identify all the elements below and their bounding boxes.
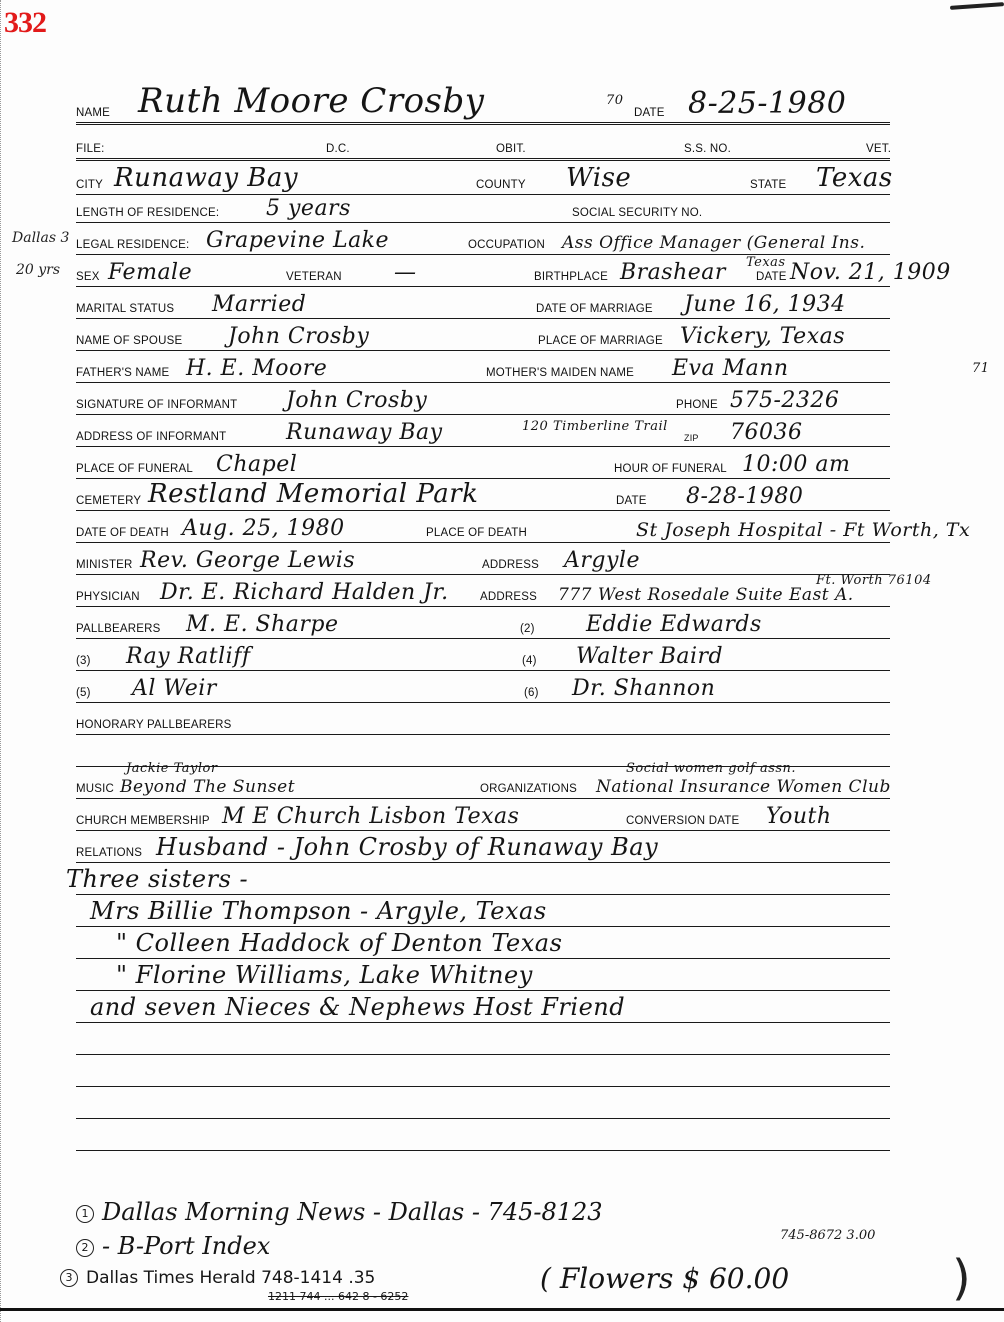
conversion-date-label: CONVERSION DATE <box>626 815 739 827</box>
vet-label: VET. <box>866 143 891 155</box>
date-of-marriage-label: DATE OF MARRIAGE <box>536 303 653 315</box>
closing-bracket: ) <box>952 1250 971 1306</box>
relations-row: RELATIONS Husband - John Crosby of Runaw… <box>76 830 890 863</box>
conversion-date-value: Youth <box>766 804 832 829</box>
state-value: Texas <box>816 163 893 193</box>
relations-line-6: and seven Nieces & Nephews Host Friend <box>90 993 625 1021</box>
relations-label: RELATIONS <box>76 847 142 859</box>
zip-value: 76036 <box>730 420 803 445</box>
pallbearer-3-num: (3) <box>76 655 91 667</box>
honorary-pallbearers-row: HONORARY PALLBEARERS <box>76 702 890 735</box>
obit-label: OBIT. <box>496 143 526 155</box>
death-row: DATE OF DEATH Aug. 25, 1980 PLACE OF DEA… <box>76 510 890 543</box>
place-of-funeral-label: PLACE OF FUNERAL <box>76 463 193 475</box>
pallbearers-row-1: PALLBEARERS M. E. Sharpe (2) Eddie Edwar… <box>76 606 890 639</box>
legal-residence-label: LEGAL RESIDENCE: <box>76 239 189 251</box>
pallbearer-4: Walter Baird <box>576 644 723 669</box>
fathers-name-label: FATHER'S NAME <box>76 367 169 379</box>
birthplace-label: BIRTHPLACE <box>534 271 608 283</box>
minister-address-label: ADDRESS <box>482 559 539 571</box>
relations-row: " Florine Williams, Lake Whitney <box>76 958 890 991</box>
veteran-value: — <box>394 260 417 285</box>
organizations-value: National Insurance Women Club <box>596 777 891 797</box>
signature-of-informant-label: SIGNATURE OF INFORMANT <box>76 399 237 411</box>
sex-value: Female <box>108 260 192 285</box>
phone-value: 575-2326 <box>730 388 839 413</box>
place-of-death-label: PLACE OF DEATH <box>426 527 527 539</box>
pallbearer-3: Ray Ratliff <box>126 644 251 669</box>
church-membership-value: M E Church Lisbon Texas <box>222 804 519 829</box>
relations-row: Mrs Billie Thompson - Argyle, Texas <box>76 894 890 927</box>
place-of-marriage-label: PLACE OF MARRIAGE <box>538 335 663 347</box>
music-label: MUSIC <box>76 783 114 795</box>
city-value: Runaway Bay <box>114 163 298 193</box>
signature-of-informant-value: John Crosby <box>286 388 427 413</box>
place-of-death-value: St Joseph Hospital - Ft Worth, Tx <box>636 519 970 541</box>
pallbearer-5: Al Weir <box>132 676 217 701</box>
birth-date-value: Nov. 21, 1909 <box>790 260 951 285</box>
pallbearer-2-num: (2) <box>520 623 535 635</box>
minister-label: MINISTER <box>76 559 133 571</box>
hour-of-funeral-label: HOUR OF FUNERAL <box>614 463 727 475</box>
footer-item-1: 1Dallas Morning News - Dallas - 745-8123 <box>76 1198 603 1226</box>
parents-row: FATHER'S NAME H. E. Moore MOTHER'S MAIDE… <box>76 350 890 383</box>
margin-note-years: 20 yrs <box>16 262 60 278</box>
relations-line-1: Husband - John Crosby of Runaway Bay <box>156 833 658 861</box>
occupation-value: Ass Office Manager (General Ins. <box>562 233 865 253</box>
honorary-pallbearers-label: HONORARY PALLBEARERS <box>76 719 231 731</box>
blank-line <box>76 1118 890 1151</box>
relations-line-2: Three sisters - <box>66 865 248 893</box>
zip-label: ZIP <box>684 433 699 443</box>
funeral-row: PLACE OF FUNERAL Chapel HOUR OF FUNERAL … <box>76 446 890 479</box>
birth-date-label: DATE <box>756 271 787 283</box>
informant-signature-row: SIGNATURE OF INFORMANT John Crosby PHONE… <box>76 382 890 415</box>
footer-item-1-alt-phone: 745-8672 3.00 <box>780 1228 875 1243</box>
informant-street-note: 120 Timberline Trail <box>522 419 668 434</box>
footer-item-3: 3Dallas Times Herald 748-1414 .35 <box>60 1268 375 1288</box>
physician-address-value: 777 West Rosedale Suite East A. <box>558 585 854 605</box>
pallbearer-6-num: (6) <box>524 687 539 699</box>
margin-note-dallas: Dallas 3 <box>12 230 69 246</box>
date-of-marriage-value: June 16, 1934 <box>684 292 846 317</box>
spouse-value: John Crosby <box>228 324 369 349</box>
circled-number-1: 1 <box>76 1205 94 1223</box>
relations-line-3: Mrs Billie Thompson - Argyle, Texas <box>90 897 547 925</box>
physician-value: Dr. E. Richard Halden Jr. <box>160 580 449 605</box>
sex-label: SEX <box>76 271 100 283</box>
pallbearer-4-num: (4) <box>522 655 537 667</box>
mother-margin-note: 71 <box>972 361 990 376</box>
cemetery-label: CEMETERY <box>76 495 141 507</box>
mothers-maiden-name-value: Eva Mann <box>672 356 789 381</box>
occupation-label: OCCUPATION <box>468 239 545 251</box>
pallbearers-row-2: (3) Ray Ratliff (4) Walter Baird <box>76 638 890 671</box>
length-of-residence-value: 5 years <box>266 196 351 221</box>
physician-address-label: ADDRESS <box>480 591 537 603</box>
birthplace-value: Brashear <box>620 260 726 285</box>
pallbearers-row-3: (5) Al Weir (6) Dr. Shannon <box>76 670 890 703</box>
cemetery-value: Restland Memorial Park <box>148 479 478 509</box>
date-of-death-value: Aug. 25, 1980 <box>182 516 345 541</box>
minister-address-value: Argyle <box>564 548 640 573</box>
footer-item-1-text: Dallas Morning News - Dallas - 745-8123 <box>102 1198 603 1226</box>
residence-length-row: LENGTH OF RESIDENCE: 5 years SOCIAL SECU… <box>76 190 890 223</box>
blank-line: Jackie Taylor Social women golf assn. <box>76 734 890 767</box>
physician-row: PHYSICIAN Dr. E. Richard Halden Jr. ADDR… <box>76 574 890 607</box>
place-of-marriage-value: Vickery, Texas <box>680 324 845 349</box>
hour-of-funeral-value: 10:00 am <box>742 452 850 477</box>
organizations-label: ORGANIZATIONS <box>480 783 577 795</box>
length-of-residence-label: LENGTH OF RESIDENCE: <box>76 207 219 219</box>
pallbearers-label: PALLBEARERS <box>76 623 160 635</box>
social-security-label: SOCIAL SECURITY NO. <box>572 207 702 219</box>
music-row: MUSIC Beyond The Sunset ORGANIZATIONS Na… <box>76 766 890 799</box>
music-value: Beyond The Sunset <box>120 777 295 797</box>
footer-item-3-text: Dallas Times Herald 748-1414 .35 <box>86 1268 375 1288</box>
footer-item-3-struck: 1211 744 ... 642 8 - 6252 <box>268 1290 408 1303</box>
phone-label: PHONE <box>676 399 718 411</box>
funeral-date-label: DATE <box>616 495 647 507</box>
file-row: FILE: D.C. OBIT. S.S. NO. VET. <box>76 126 890 161</box>
date-label: DATE <box>634 107 665 119</box>
marital-status-label: MARITAL STATUS <box>76 303 174 315</box>
date-value: 8-25-1980 <box>688 86 846 121</box>
legal-residence-value: Grapevine Lake <box>206 228 389 253</box>
footer-item-2-text: - B-Port Index <box>102 1232 270 1260</box>
blank-line <box>76 1022 890 1055</box>
relations-line-4: " Colleen Haddock of Denton Texas <box>116 929 562 957</box>
minister-value: Rev. George Lewis <box>140 548 355 573</box>
corner-mark <box>950 2 1004 10</box>
relations-row: Three sisters - <box>76 862 890 895</box>
scan-edge <box>0 0 4 1322</box>
church-row: CHURCH MEMBERSHIP M E Church Lisbon Texa… <box>76 798 890 831</box>
date-of-death-label: DATE OF DEATH <box>76 527 169 539</box>
marital-row: MARITAL STATUS Married DATE OF MARRIAGE … <box>76 286 890 319</box>
mothers-maiden-name-label: MOTHER'S MAIDEN NAME <box>486 367 634 379</box>
page-number: 332 <box>4 6 46 40</box>
fathers-name-value: H. E. Moore <box>186 356 327 381</box>
church-membership-label: CHURCH MEMBERSHIP <box>76 815 210 827</box>
blank-line <box>76 1086 890 1119</box>
address-of-informant-value: Runaway Bay <box>286 420 443 445</box>
funeral-date-value: 8-28-1980 <box>686 484 803 509</box>
dc-label: D.C. <box>326 143 350 155</box>
blank-line <box>76 1054 890 1087</box>
marital-status-value: Married <box>212 292 306 317</box>
footer-item-2: 2- B-Port Index <box>76 1232 270 1260</box>
circled-number-2: 2 <box>76 1239 94 1257</box>
circled-number-3: 3 <box>60 1269 78 1287</box>
name-row: NAME Ruth Moore Crosby 70 DATE 8-25-1980 <box>76 90 890 125</box>
relations-row: " Colleen Haddock of Denton Texas <box>76 926 890 959</box>
spouse-label: NAME OF SPOUSE <box>76 335 182 347</box>
physician-address-note: Ft. Worth 76104 <box>816 573 932 588</box>
pallbearer-1: M. E. Sharpe <box>186 612 339 637</box>
pallbearer-5-num: (5) <box>76 687 91 699</box>
informant-address-row: ADDRESS OF INFORMANT Runaway Bay 120 Tim… <box>76 414 890 447</box>
cemetery-row: CEMETERY Restland Memorial Park DATE 8-2… <box>76 478 890 511</box>
legal-residence-row: LEGAL RESIDENCE: Grapevine Lake OCCUPATI… <box>76 222 890 255</box>
pallbearer-2: Eddie Edwards <box>586 612 762 637</box>
spouse-row: NAME OF SPOUSE John Crosby PLACE OF MARR… <box>76 318 890 351</box>
relations-row: and seven Nieces & Nephews Host Friend <box>76 990 890 1023</box>
ss-no-label: S.S. NO. <box>684 143 731 155</box>
age-note: 70 <box>606 93 624 108</box>
minister-row: MINISTER Rev. George Lewis ADDRESS Argyl… <box>76 542 890 575</box>
veteran-label: VETERAN <box>286 271 342 283</box>
name-value: Ruth Moore Crosby <box>138 81 484 121</box>
birthplace-note: Texas <box>746 255 786 270</box>
flowers-note: ( Flowers $ 60.00 <box>540 1262 789 1295</box>
bottom-rule <box>0 1308 1004 1311</box>
place-of-funeral-value: Chapel <box>216 452 297 477</box>
name-label: NAME <box>76 107 110 119</box>
physician-label: PHYSICIAN <box>76 591 140 603</box>
county-value: Wise <box>566 163 631 193</box>
pallbearer-6: Dr. Shannon <box>572 676 715 701</box>
sex-row: SEX Female VETERAN — BIRTHPLACE Brashear… <box>76 254 890 287</box>
file-label: FILE: <box>76 143 104 155</box>
address-of-informant-label: ADDRESS OF INFORMANT <box>76 431 226 443</box>
relations-line-5: " Florine Williams, Lake Whitney <box>116 961 533 989</box>
